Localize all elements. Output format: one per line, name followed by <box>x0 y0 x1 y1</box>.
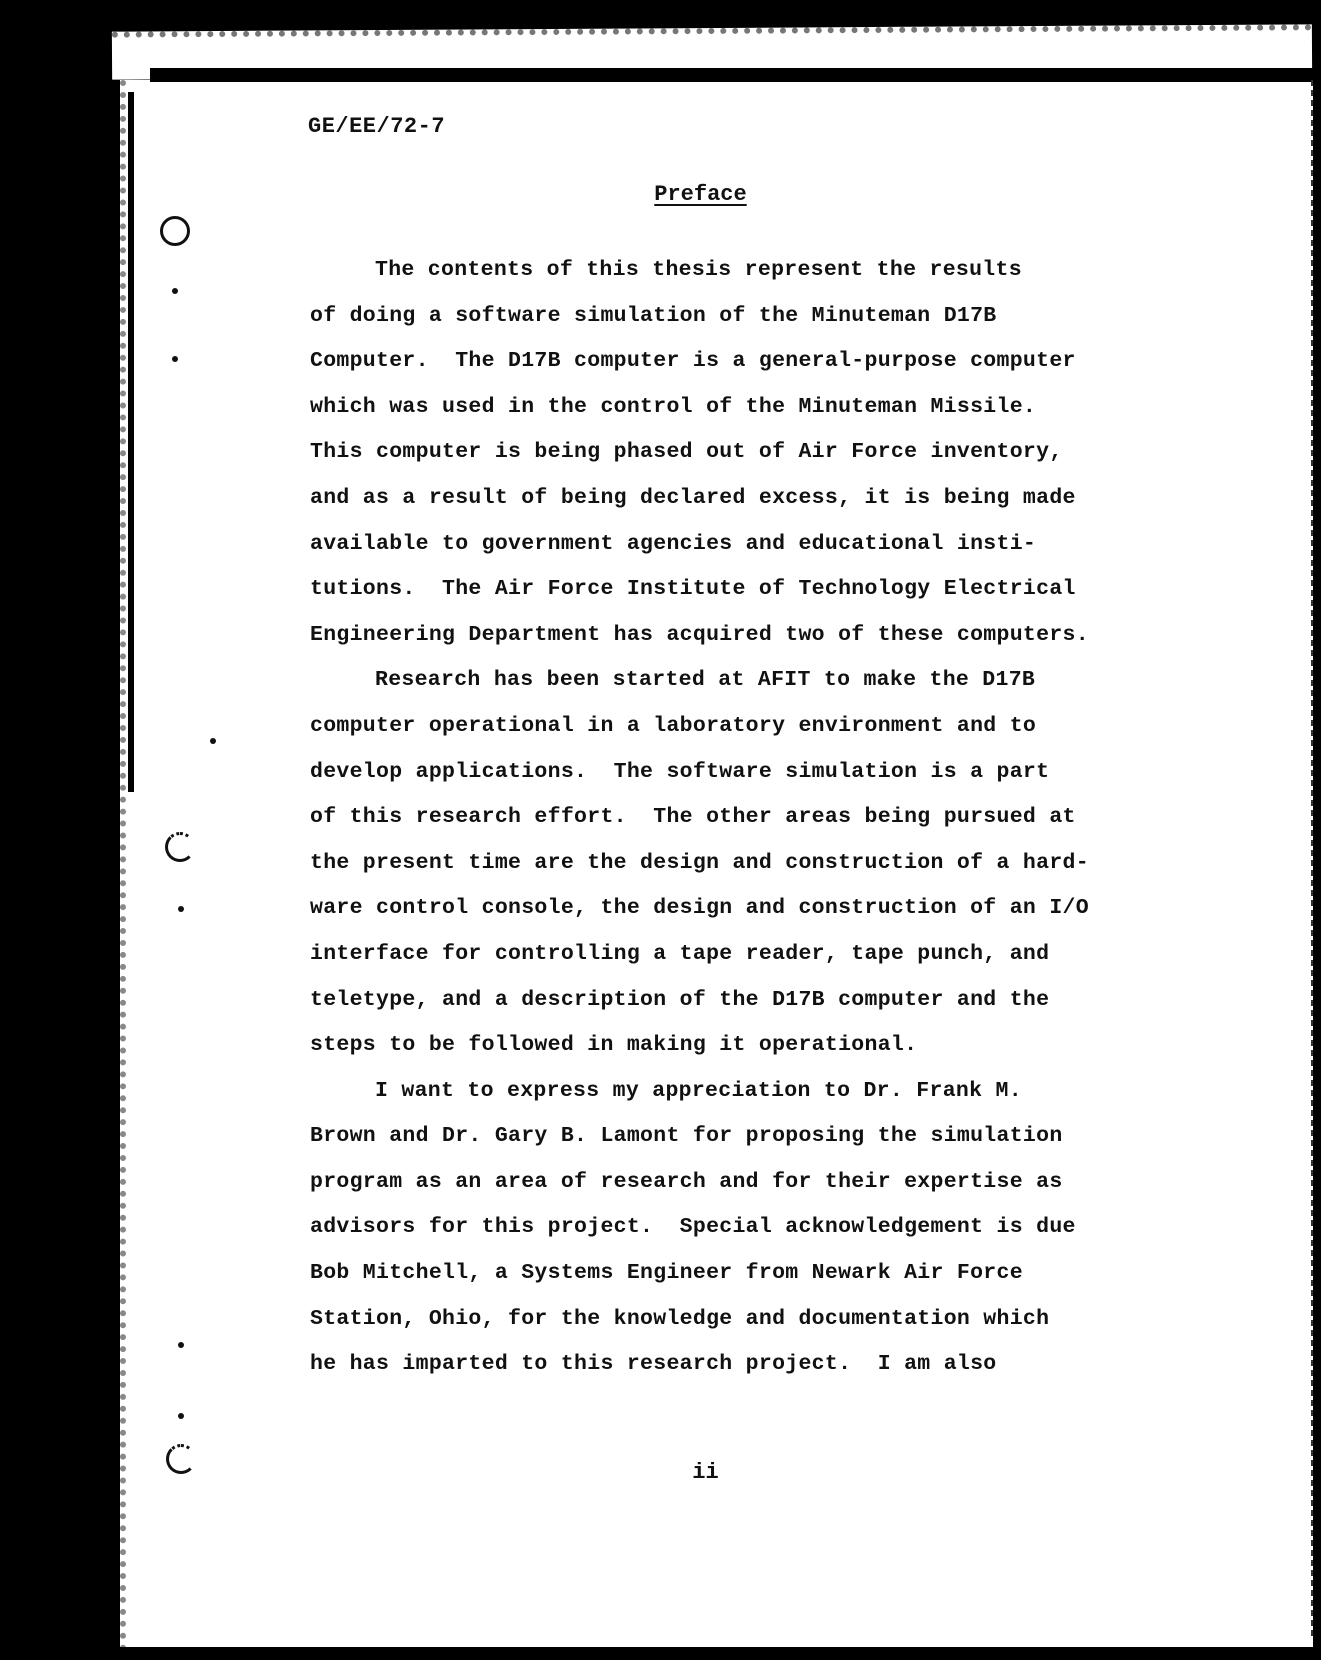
page-number: ii <box>0 1460 1321 1485</box>
text-line: program as an area of research and for t… <box>310 1160 1100 1206</box>
text-line: Bob Mitchell, a Systems Engineer from Ne… <box>310 1251 1100 1297</box>
speck-mark <box>178 1413 184 1419</box>
speck-mark <box>210 738 216 744</box>
text-line: computer operational in a laboratory env… <box>310 704 1100 750</box>
text-line: Research has been started at AFIT to mak… <box>310 658 1100 704</box>
text-line: develop applications. The software simul… <box>310 750 1100 796</box>
text-line: ware control console, the design and con… <box>310 886 1100 932</box>
text-line: Brown and Dr. Gary B. Lamont for proposi… <box>310 1114 1100 1160</box>
text-line: advisors for this project. Special ackno… <box>310 1205 1100 1251</box>
document-id: GE/EE/72-7 <box>308 114 445 139</box>
page-title-text: Preface <box>574 182 746 207</box>
scan-top-shadow-bar <box>150 68 1315 82</box>
paragraph-3: I want to express my appreciation to Dr.… <box>310 1069 1100 1388</box>
speck-mark <box>172 356 178 362</box>
text-line: Computer. The D17B computer is a general… <box>310 339 1100 385</box>
text-line: tutions. The Air Force Institute of Tech… <box>310 567 1100 613</box>
text-line: he has imparted to this research project… <box>310 1342 1100 1388</box>
text-line: and as a result of being declared excess… <box>310 476 1100 522</box>
speck-mark <box>178 1342 184 1348</box>
text-line: of doing a software simulation of the Mi… <box>310 294 1100 340</box>
document-body: The contents of this thesis represent th… <box>310 248 1100 1388</box>
scan-right-edge <box>1311 80 1313 1640</box>
text-line: This computer is being phased out of Air… <box>310 430 1100 476</box>
text-line: I want to express my appreciation to Dr.… <box>310 1069 1100 1115</box>
paragraph-2: Research has been started at AFIT to mak… <box>310 658 1100 1068</box>
text-line: Engineering Department has acquired two … <box>310 613 1100 659</box>
text-line: interface for controlling a tape reader,… <box>310 932 1100 978</box>
scan-bottom-edge <box>120 1647 1321 1655</box>
punch-hole-icon <box>160 216 190 246</box>
text-line: teletype, and a description of the D17B … <box>310 978 1100 1024</box>
text-line: available to government agencies and edu… <box>310 522 1100 568</box>
text-line: The contents of this thesis represent th… <box>310 248 1100 294</box>
page-title: Preface <box>0 182 1321 207</box>
text-line: of this research effort. The other areas… <box>310 795 1100 841</box>
text-line: Station, Ohio, for the knowledge and doc… <box>310 1297 1100 1343</box>
text-line: which was used in the control of the Min… <box>310 385 1100 431</box>
punch-hole-icon <box>165 832 195 862</box>
speck-mark <box>178 906 184 912</box>
speck-mark <box>172 288 178 294</box>
paragraph-1: The contents of this thesis represent th… <box>310 248 1100 658</box>
text-line: steps to be followed in making it operat… <box>310 1023 1100 1069</box>
text-line: the present time are the design and cons… <box>310 841 1100 887</box>
